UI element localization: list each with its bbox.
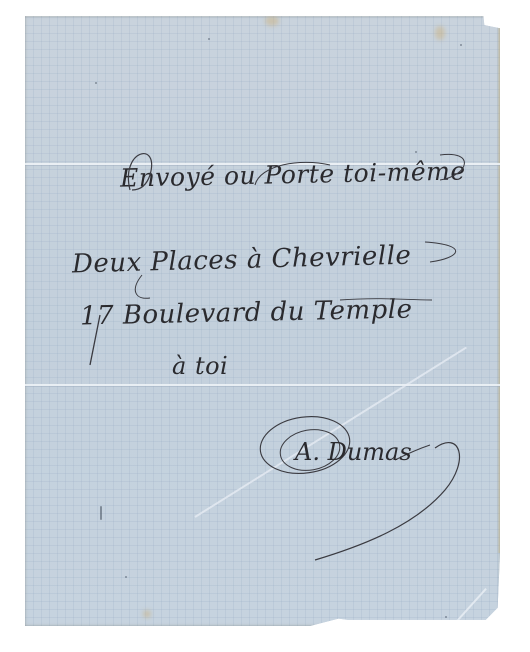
letter-flourishes-icon <box>0 0 530 652</box>
